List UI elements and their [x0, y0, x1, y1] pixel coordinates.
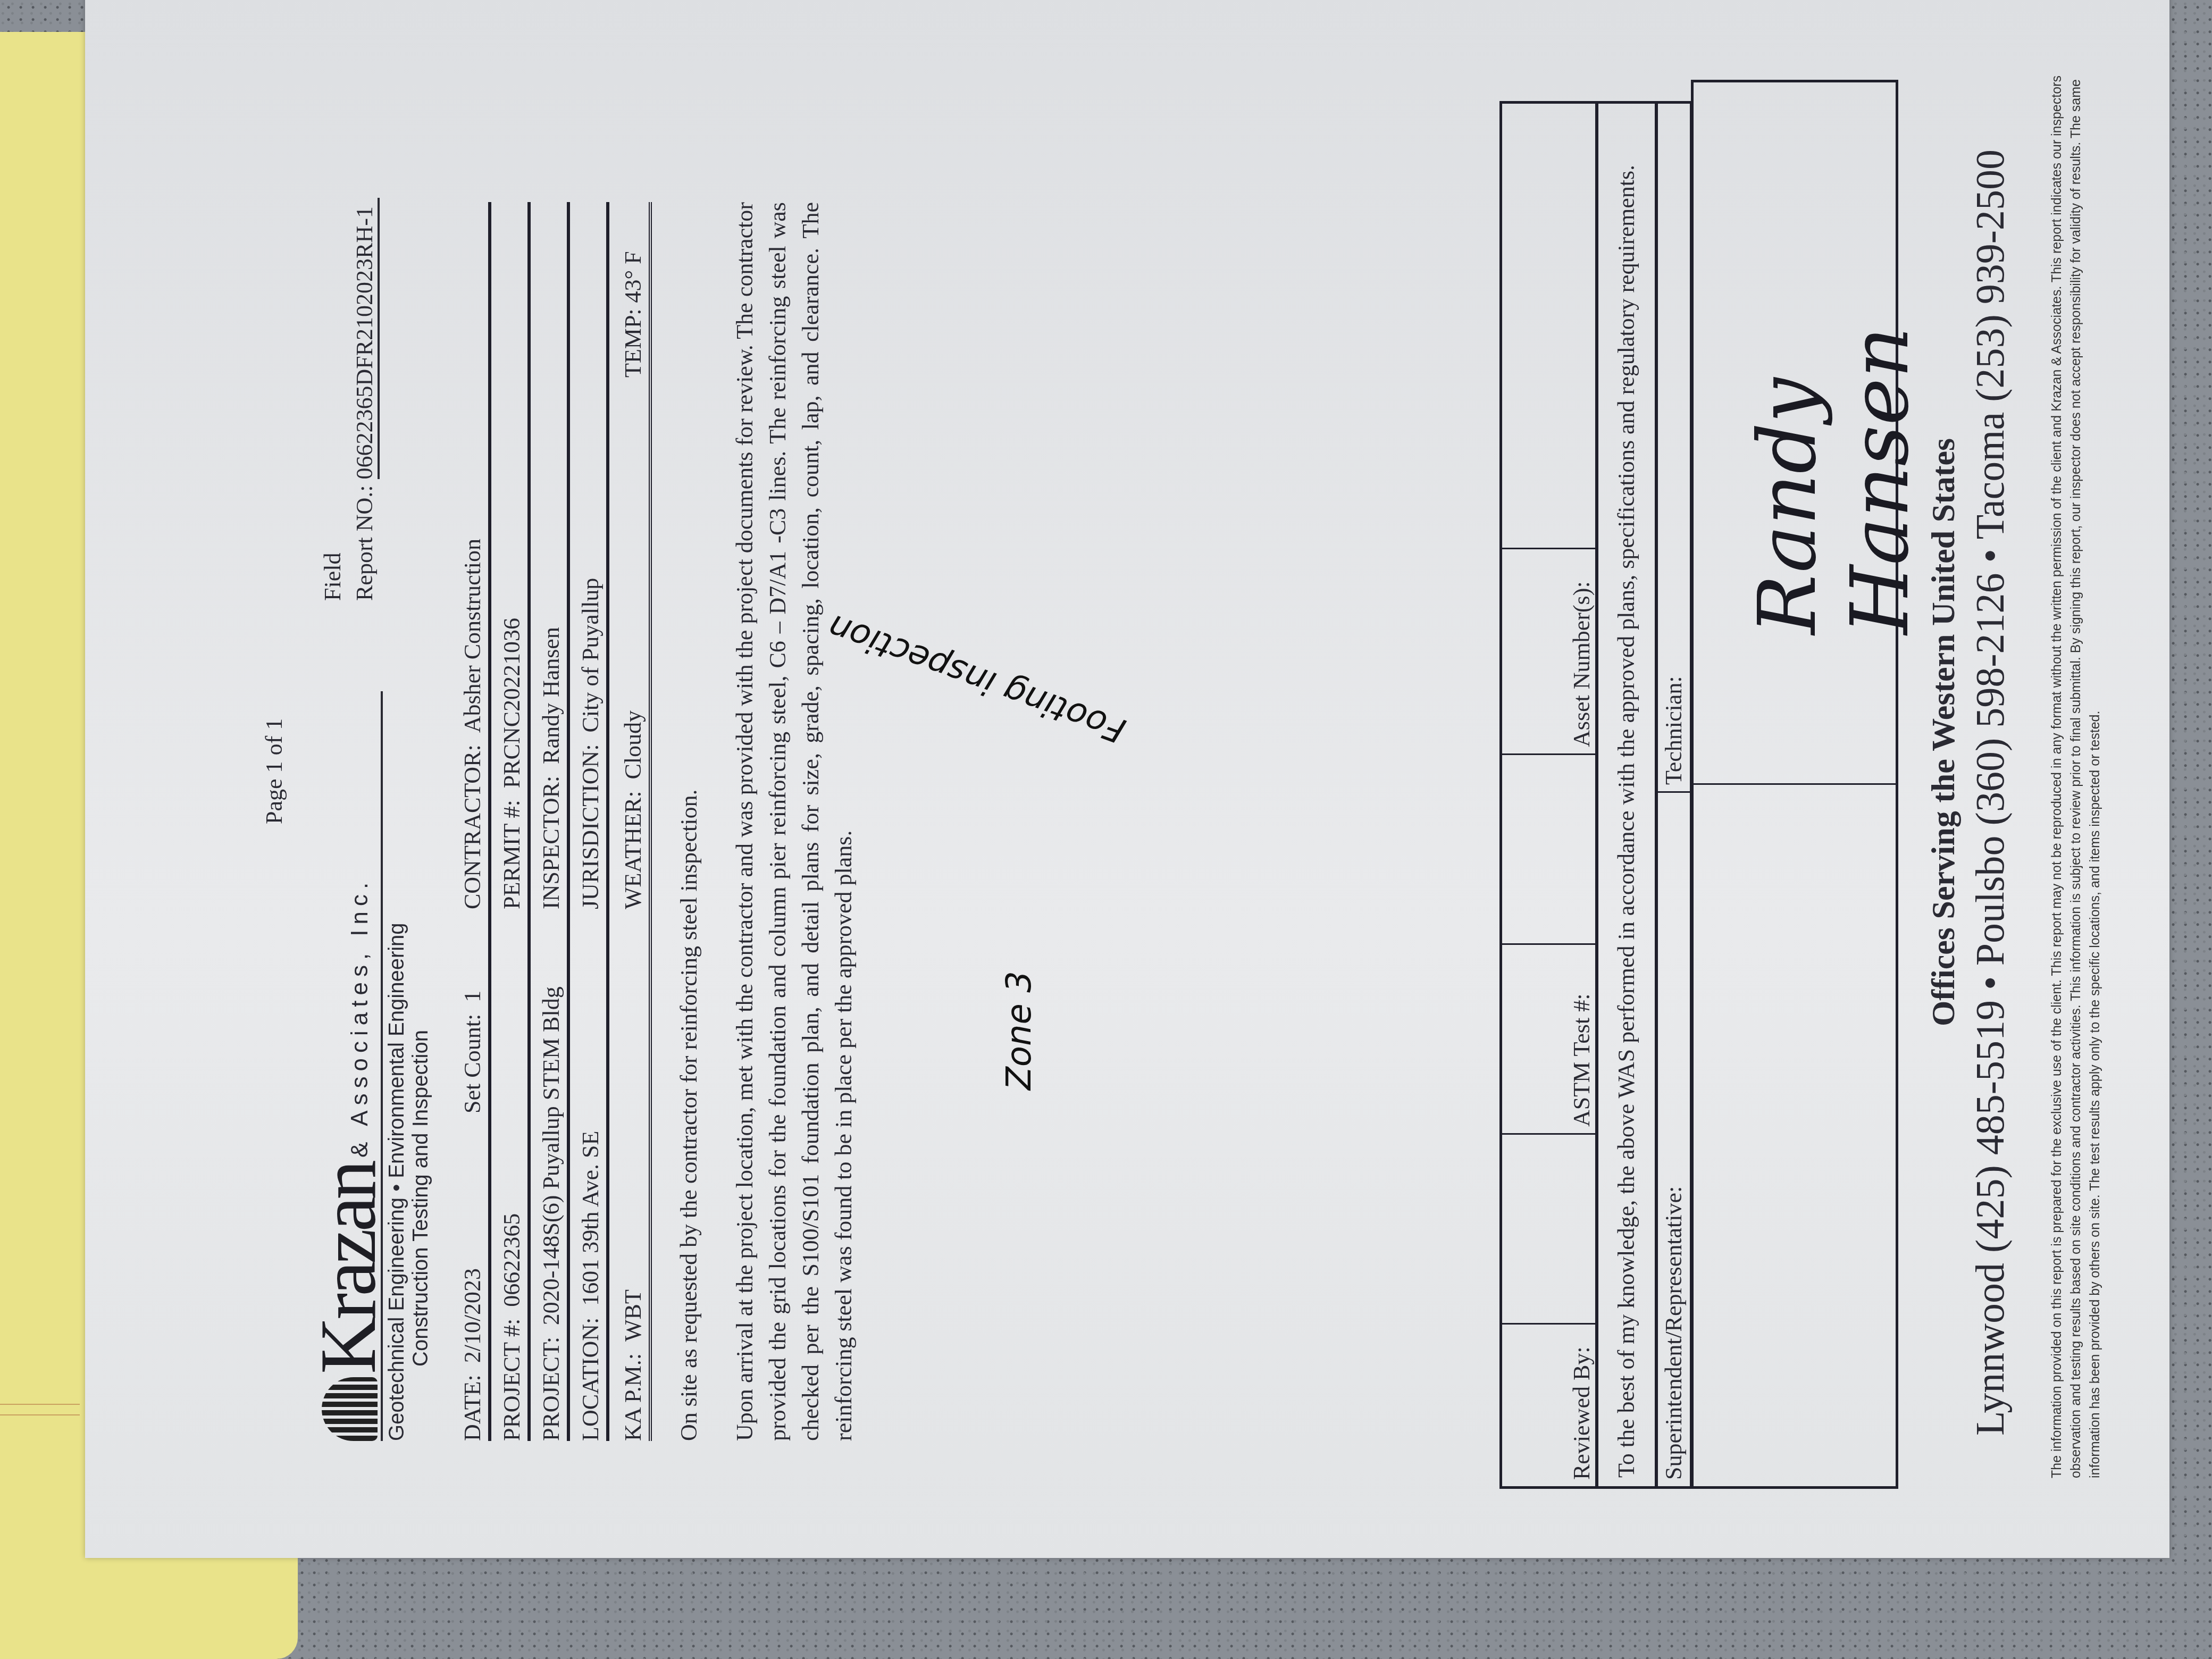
pad-margin-line	[0, 1414, 80, 1415]
reviewed-by-field[interactable]	[1502, 1133, 1595, 1323]
jurisdiction-label: JURISDICTION:	[577, 744, 604, 909]
body-paragraph-2: Upon arrival at the project location, me…	[728, 202, 860, 1441]
asset-numbers-field[interactable]	[1502, 104, 1595, 548]
info-row: PROJECT #: 06622365 PERMIT #: PRCNC20221…	[491, 202, 531, 1441]
reviewed-by-label: Reviewed By:	[1502, 1323, 1595, 1486]
date-value: 2/10/2023	[459, 1268, 485, 1363]
astm-test-field[interactable]	[1502, 753, 1595, 943]
permit-value: PRCNC20221036	[499, 618, 525, 788]
krazan-logo-icon	[322, 1377, 378, 1441]
footer-disclaimer: The information provided on this report …	[2047, 69, 2105, 1478]
report-number: Report NO.: 06622365DFR2102023RH-1	[351, 198, 378, 601]
handwritten-zone-note: Zone 3	[1000, 971, 1039, 1090]
company-logo-block: Krazan & Associates, Inc. Geotechnical E…	[319, 856, 433, 1441]
superintendent-signature-field[interactable]	[1694, 784, 1896, 1487]
technician-signature: Randy Hansen	[1741, 82, 1926, 635]
company-tagline-2: Construction Testing and Inspection	[409, 856, 433, 1367]
report-info-block: DATE: 2/10/2023 Set Count: 1 CONTRACTOR:…	[452, 202, 652, 1441]
body-paragraph-1: On site as requested by the contractor f…	[675, 202, 702, 1441]
inspector-value: Randy Hansen	[538, 627, 564, 764]
weather-label: WEATHER:	[620, 791, 646, 909]
compliance-statement: To the best of my knowledge, the above W…	[1598, 104, 1658, 1486]
signature-boxes: Randy Hansen	[1691, 80, 1898, 1489]
temp-value: 43° F	[620, 251, 646, 303]
date-label: DATE:	[459, 1375, 485, 1441]
set-count-label: Set Count:	[459, 1014, 485, 1113]
astm-test-label: ASTM Test #:	[1502, 943, 1595, 1133]
info-row: LOCATION: 1601 39th Ave. SE JURISDICTION…	[570, 202, 609, 1441]
report-number-label: Report NO.:	[351, 485, 378, 601]
contractor-value: Absher Construction	[459, 539, 485, 733]
field-report-document: Page 1 of 1 Krazan & Associates, Inc. Ge…	[85, 0, 2169, 1558]
asset-numbers-label: Asset Number(s):	[1502, 548, 1595, 753]
handwritten-footing-note: Footing inspection	[823, 606, 1131, 750]
permit-label: PERMIT #:	[499, 800, 525, 909]
superintendent-label: Superintendent/Representative:	[1658, 791, 1690, 1486]
technician-signature-field[interactable]: Randy Hansen	[1694, 82, 1896, 784]
kapm-value: WBT	[620, 1289, 646, 1342]
footer-phone-numbers: Lynnwood (425) 485-5519 • Poulsbo (360) …	[1967, 149, 2014, 1436]
page-indicator: Page 1 of 1	[261, 718, 288, 824]
company-name: Krazan	[319, 1163, 378, 1374]
set-count-value: 1	[459, 991, 485, 1002]
inspector-label: INSPECTOR:	[538, 776, 564, 909]
footer-title: Offices Serving the Western United State…	[1925, 438, 1963, 1026]
info-row: KA P.M.: WBT WEATHER: Cloudy TEMP: 43° F	[609, 202, 652, 1441]
technician-label: Technician:	[1658, 104, 1690, 791]
info-row: DATE: 2/10/2023 Set Count: 1 CONTRACTOR:…	[452, 202, 491, 1441]
project-label: PROJECT:	[538, 1337, 564, 1441]
report-type: Field	[319, 553, 346, 601]
project-number-value: 06622365	[499, 1213, 525, 1307]
company-suffix: & Associates, Inc.	[347, 877, 373, 1158]
location-value: 1601 39th Ave. SE	[577, 1131, 604, 1306]
info-row: PROJECT: 2020-148S(6) Puyallup STEM Bldg…	[531, 202, 570, 1441]
project-value: 2020-148S(6) Puyallup STEM Bldg	[538, 986, 564, 1325]
temp-label: TEMP:	[620, 308, 646, 378]
company-tagline: Geotechnical Engineering • Environmental…	[385, 856, 409, 1441]
jurisdiction-value: City of Puyallup	[577, 578, 604, 733]
weather-value: Cloudy	[620, 710, 646, 780]
location-label: LOCATION:	[577, 1318, 604, 1441]
project-number-label: PROJECT #:	[499, 1319, 525, 1441]
review-table: Reviewed By: ASTM Test #: Asset Number(s…	[1499, 101, 1692, 1489]
pad-margin-line	[0, 1404, 80, 1405]
report-number-value: 06622365DFR2102023RH-1	[351, 198, 380, 479]
contractor-label: CONTRACTOR:	[459, 744, 485, 909]
kapm-label: KA P.M.:	[620, 1353, 646, 1441]
